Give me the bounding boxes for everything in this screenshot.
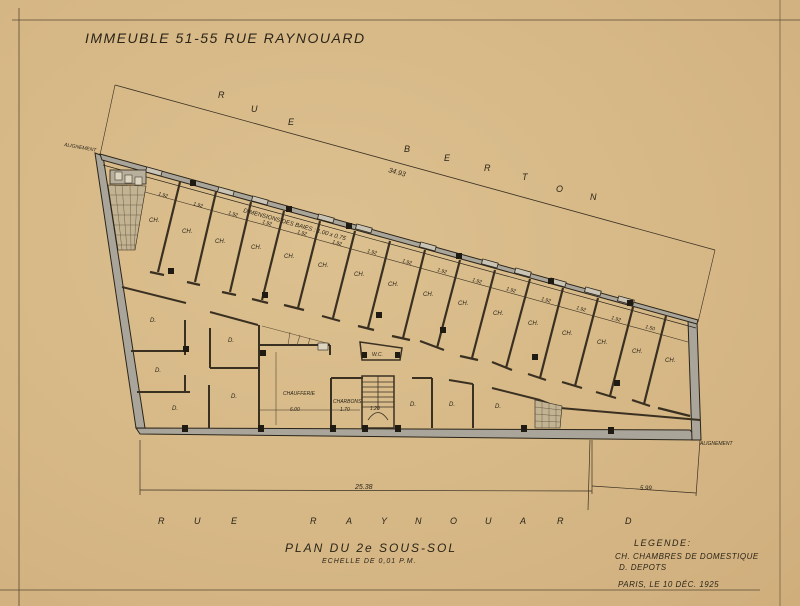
svg-text:U: U <box>194 516 201 526</box>
legend-text: DEPOTS <box>631 563 667 572</box>
svg-text:1.92: 1.92 <box>471 277 482 285</box>
svg-text:1.92: 1.92 <box>505 286 516 294</box>
street-rue-raynouard: RUE RAY NOU ARD <box>158 516 632 526</box>
floor-plan: ALIGNEMENT ALIGNEMENT 34.93 25.38 5.99 D… <box>0 0 800 606</box>
legend-text: CHAMBRES DE DOMESTIQUE <box>633 552 759 561</box>
svg-text:1.92: 1.92 <box>540 296 551 304</box>
south-facade-dimension: 25.38 <box>354 484 373 491</box>
svg-text:D.: D. <box>228 338 234 344</box>
svg-text:R: R <box>484 163 491 173</box>
alignment-label-nw: ALIGNEMENT <box>63 142 98 154</box>
svg-text:O: O <box>450 516 457 526</box>
svg-text:1.92: 1.92 <box>366 248 377 256</box>
svg-text:R: R <box>557 516 564 526</box>
svg-text:1.92: 1.92 <box>401 258 412 266</box>
svg-text:1.92: 1.92 <box>157 191 168 199</box>
service-room-labels: CHAUFFERIE CHARBONS 1.70 6.00 W.C. 1.20 <box>283 352 383 413</box>
svg-text:E: E <box>444 153 451 163</box>
svg-text:D: D <box>625 516 632 526</box>
svg-text:O: O <box>556 184 563 194</box>
svg-text:1.92: 1.92 <box>436 267 447 275</box>
svg-text:R: R <box>310 516 317 526</box>
svg-text:CH.: CH. <box>149 218 159 224</box>
room-width-labels: 1.92 1.92 1.92 1.92 1.92 1.92 1.92 1.92 … <box>157 191 655 332</box>
drawing-date: PARIS, LE 10 DÉC. 1925 <box>618 580 719 589</box>
svg-text:1.92: 1.92 <box>296 229 307 237</box>
depot-labels: D. D. D. D. D. D. D. D. <box>150 318 501 412</box>
svg-text:D.: D. <box>495 404 501 410</box>
svg-text:E: E <box>231 516 238 526</box>
north-facade-dimension: 34.93 <box>387 167 406 178</box>
svg-text:1.92: 1.92 <box>575 305 586 313</box>
se-segment-dimension: 5.99 <box>640 486 652 492</box>
svg-text:1.92: 1.92 <box>610 315 621 323</box>
svg-text:CH.: CH. <box>182 229 192 235</box>
svg-text:6.00: 6.00 <box>290 407 300 413</box>
svg-text:CHARBONS: CHARBONS <box>333 399 362 405</box>
svg-text:D.: D. <box>172 406 178 412</box>
plan-title: PLAN DU 2e SOUS-SOL <box>285 541 457 555</box>
svg-text:CH.: CH. <box>388 282 398 288</box>
svg-text:B: B <box>404 144 410 154</box>
svg-text:CH.: CH. <box>665 358 675 364</box>
plan-scale: ECHELLE DE 0,01 P.M. <box>322 558 417 565</box>
svg-text:1.92: 1.92 <box>331 239 342 247</box>
svg-text:D.: D. <box>449 402 455 408</box>
legend-code: CH. <box>615 552 630 561</box>
legend-title: LEGENDE: <box>634 538 692 548</box>
svg-text:CH.: CH. <box>597 340 607 346</box>
svg-text:CH.: CH. <box>458 301 468 307</box>
svg-text:D.: D. <box>150 318 156 324</box>
svg-text:CH.: CH. <box>354 272 364 278</box>
svg-text:W.C.: W.C. <box>372 352 383 358</box>
legend-code: D. <box>619 563 628 572</box>
svg-text:CH.: CH. <box>632 349 642 355</box>
legend-item-d: D. DEPOTS <box>619 563 667 572</box>
svg-text:D.: D. <box>231 394 237 400</box>
svg-text:CH.: CH. <box>284 254 294 260</box>
svg-text:1.92: 1.92 <box>227 210 238 218</box>
svg-text:CH.: CH. <box>215 239 225 245</box>
legend-item-ch: CH. CHAMBRES DE DOMESTIQUE <box>615 552 759 561</box>
svg-text:R: R <box>218 90 225 100</box>
drawing-sheet: IMMEUBLE 51-55 RUE RAYNOUARD <box>0 0 800 606</box>
svg-text:Y: Y <box>381 516 388 526</box>
svg-text:U: U <box>251 104 258 114</box>
svg-text:N: N <box>590 192 597 202</box>
svg-text:CH.: CH. <box>251 245 261 251</box>
svg-text:CH.: CH. <box>493 311 503 317</box>
svg-text:N: N <box>415 516 422 526</box>
svg-text:R: R <box>158 516 165 526</box>
svg-text:D.: D. <box>410 402 416 408</box>
tiled-area <box>535 400 562 428</box>
staircase <box>362 376 394 428</box>
svg-text:CH.: CH. <box>562 331 572 337</box>
svg-text:1.70: 1.70 <box>340 407 350 413</box>
alignment-label-se: ALIGNEMENT <box>699 441 733 447</box>
svg-text:T: T <box>522 172 529 182</box>
svg-text:U: U <box>485 516 492 526</box>
street-rue-berton: RUE BER TON <box>218 90 597 202</box>
svg-text:D.: D. <box>155 368 161 374</box>
svg-text:1.92: 1.92 <box>192 201 203 209</box>
svg-text:1.92: 1.92 <box>261 219 272 227</box>
svg-text:A: A <box>345 516 352 526</box>
south-dimension-lines <box>140 440 700 510</box>
north-dimension-line <box>115 85 715 250</box>
svg-text:CHAUFFERIE: CHAUFFERIE <box>283 391 316 397</box>
svg-text:1.20: 1.20 <box>370 406 380 412</box>
room-dimension-line <box>145 192 688 342</box>
svg-text:CH.: CH. <box>423 292 433 298</box>
svg-text:CH.: CH. <box>318 263 328 269</box>
svg-text:CH.: CH. <box>528 321 538 327</box>
svg-text:E: E <box>288 117 295 127</box>
svg-text:A: A <box>519 516 526 526</box>
svg-text:1.50: 1.50 <box>644 324 655 332</box>
chaufferie-hatch <box>262 326 330 345</box>
